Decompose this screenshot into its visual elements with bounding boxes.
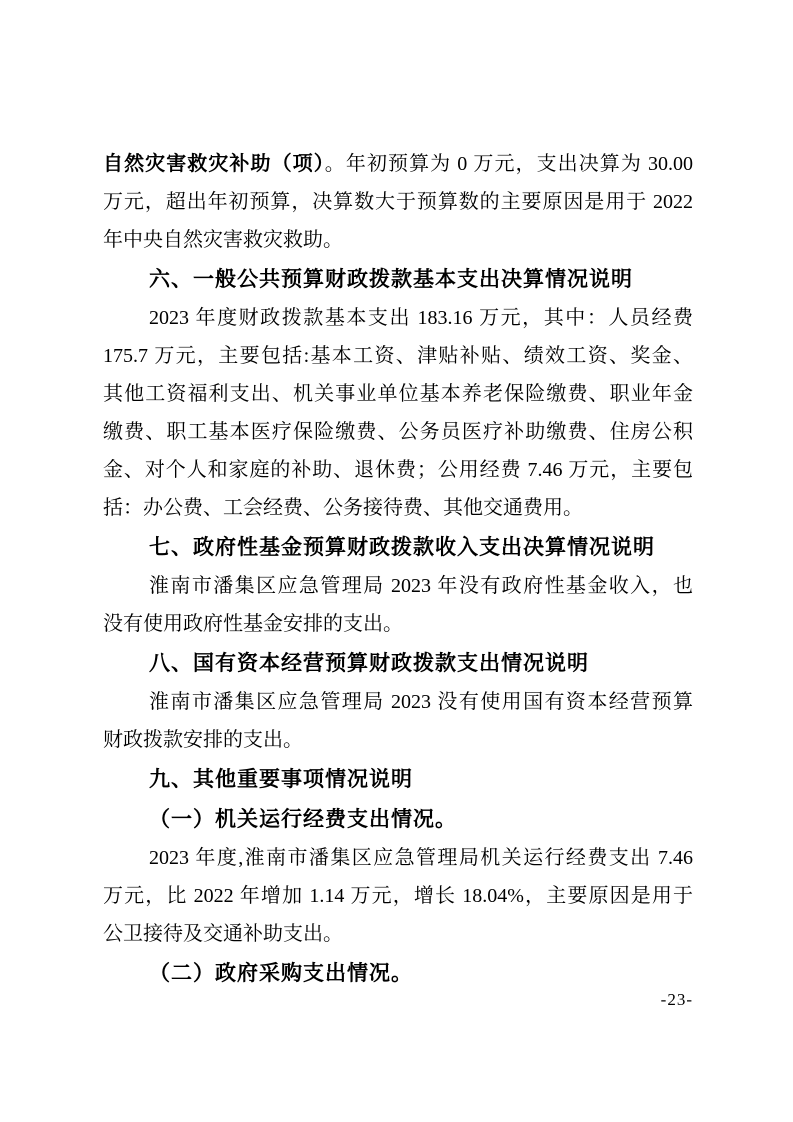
text-line: 2023 年度财政拨款基本支出 183.16 万元，其中：人员经费 (103, 299, 693, 337)
body-text: 金、对个人和家庭的补助、退休费；公用经费 7.46 万元，主要包 (103, 459, 693, 481)
text-line: 括：办公费、工会经费、公务接待费、其他交通费用。 (103, 489, 693, 527)
body-text: 2023 年度财政拨款基本支出 183.16 万元，其中：人员经费 (149, 307, 693, 329)
page-number: -23- (661, 990, 693, 1010)
text-line: 175.7 万元，主要包括:基本工资、津贴补贴、绩效工资、奖金、 (103, 337, 693, 375)
document-body: 自然灾害救灾补助（项）。年初预算为 0 万元，支出决算为 30.00万元，超出年… (103, 145, 693, 993)
emphasis-text: 七、政府性基金预算财政拨款收入支出决算情况说明 (149, 536, 655, 559)
text-line: 2023 年度,淮南市潘集区应急管理局机关运行经费支出 7.46 (103, 839, 693, 877)
body-text: 年中央自然灾害救灾救助。 (103, 229, 343, 251)
body-text: 万元，超出年初预算，决算数大于预算数的主要原因是用于 2022 (103, 191, 693, 213)
text-line: 其他工资福利支出、机关事业单位基本养老保险缴费、职业年金 (103, 375, 693, 413)
emphasis-text: （二）政府采购支出情况。 (149, 962, 413, 985)
emphasis-text: （一）机关运行经费支出情况。 (149, 808, 457, 831)
body-text: 万元，比 2022 年增加 1.14 万元，增长 18.04%，主要原因是用于 (103, 885, 693, 907)
body-text: 。年初预算为 0 万元，支出决算为 30.00 (325, 153, 693, 175)
text-line: 自然灾害救灾补助（项）。年初预算为 0 万元，支出决算为 30.00 (103, 145, 693, 183)
text-line: 缴费、职工基本医疗保险缴费、公务员医疗补助缴费、住房公积 (103, 413, 693, 451)
text-line: 淮南市潘集区应急管理局 2023 年没有政府性基金收入，也 (103, 567, 693, 605)
document-page: 自然灾害救灾补助（项）。年初预算为 0 万元，支出决算为 30.00万元，超出年… (0, 0, 793, 1122)
section-heading: 八、国有资本经营预算财政拨款支出情况说明 (103, 645, 693, 683)
section-heading: 七、政府性基金预算财政拨款收入支出决算情况说明 (103, 529, 693, 567)
section-heading: （二）政府采购支出情况。 (103, 955, 693, 993)
body-text: 淮南市潘集区应急管理局 2023 年没有政府性基金收入，也 (149, 575, 693, 597)
emphasis-text: 八、国有资本经营预算财政拨款支出情况说明 (149, 652, 589, 675)
body-text: 2023 年度,淮南市潘集区应急管理局机关运行经费支出 7.46 (149, 847, 693, 869)
body-text: 其他工资福利支出、机关事业单位基本养老保险缴费、职业年金 (103, 383, 693, 405)
text-line: 万元，超出年初预算，决算数大于预算数的主要原因是用于 2022 (103, 183, 693, 221)
body-text: 缴费、职工基本医疗保险缴费、公务员医疗补助缴费、住房公积 (103, 421, 693, 443)
emphasis-text: 六、一般公共预算财政拨款基本支出决算情况说明 (149, 268, 633, 291)
emphasis-text: 九、其他重要事项情况说明 (149, 768, 413, 791)
body-text: 175.7 万元，主要包括:基本工资、津贴补贴、绩效工资、奖金、 (103, 345, 693, 367)
section-heading: （一）机关运行经费支出情况。 (103, 801, 693, 839)
text-line: 没有使用政府性基金安排的支出。 (103, 605, 693, 643)
body-text: 财政拨款安排的支出。 (103, 729, 303, 751)
body-text: 没有使用政府性基金安排的支出。 (103, 613, 403, 635)
body-text: 公卫接待及交通补助支出。 (103, 923, 343, 945)
text-line: 金、对个人和家庭的补助、退休费；公用经费 7.46 万元，主要包 (103, 451, 693, 489)
emphasis-text: 自然灾害救灾补助（项） (103, 153, 325, 175)
section-heading: 九、其他重要事项情况说明 (103, 761, 693, 799)
section-heading: 六、一般公共预算财政拨款基本支出决算情况说明 (103, 261, 693, 299)
text-line: 财政拨款安排的支出。 (103, 721, 693, 759)
body-text: 括：办公费、工会经费、公务接待费、其他交通费用。 (103, 497, 583, 519)
text-line: 年中央自然灾害救灾救助。 (103, 221, 693, 259)
text-line: 万元，比 2022 年增加 1.14 万元，增长 18.04%，主要原因是用于 (103, 877, 693, 915)
text-line: 淮南市潘集区应急管理局 2023 没有使用国有资本经营预算 (103, 683, 693, 721)
text-line: 公卫接待及交通补助支出。 (103, 915, 693, 953)
body-text: 淮南市潘集区应急管理局 2023 没有使用国有资本经营预算 (149, 691, 693, 713)
